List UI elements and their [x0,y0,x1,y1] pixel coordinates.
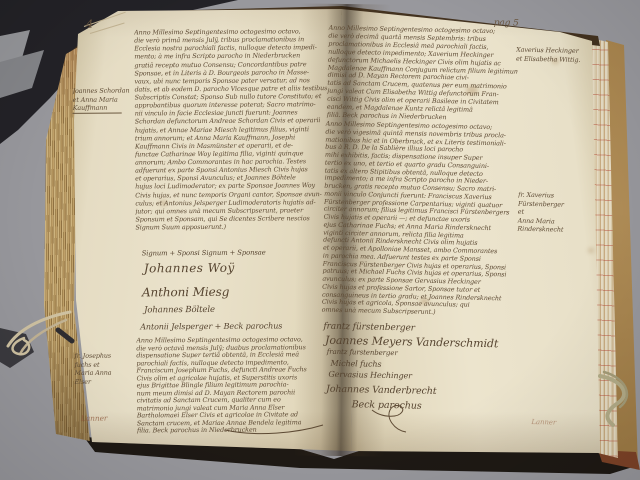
pen-flourish [372,406,406,432]
cord-clasp [58,330,72,341]
pen-flourish [225,425,323,434]
tie-ribbon [600,376,624,425]
ink-flourishes-and-ties [0,0,640,480]
binding-cord [20,320,66,354]
photograph-of-open-register-book: 4 Joannes Schordanet Anna MariaKauffmann… [0,0,640,480]
